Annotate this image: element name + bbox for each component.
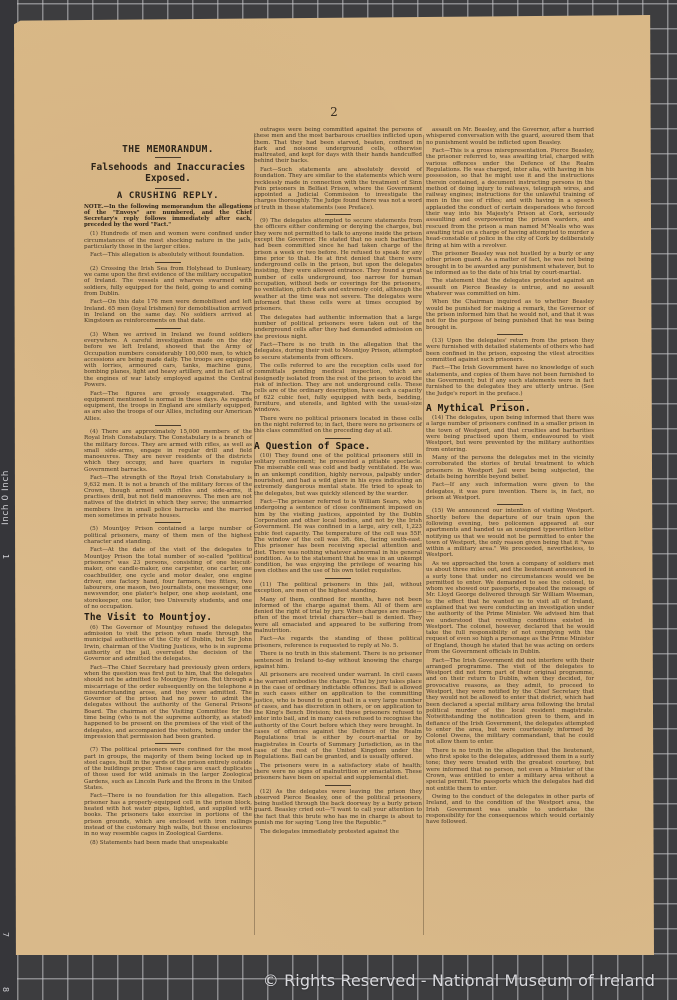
divider xyxy=(155,328,181,329)
allegation-paragraph: (10) They found one of the political pri… xyxy=(254,453,422,497)
allegation-paragraph: (13) Upon the delegates' return from the… xyxy=(426,338,594,363)
document-subtitle: Falsehoods and Inaccuracies Exposed. xyxy=(84,162,252,184)
fact-paragraph: Fact—This allegation is absolutely witho… xyxy=(84,252,252,258)
allegation-paragraph: (4) There are approximately 15,000 membe… xyxy=(84,429,252,473)
section-heading: A Mythical Prison. xyxy=(426,406,594,412)
allegation-paragraph: (8) Statements had been made that unspea… xyxy=(84,840,252,846)
allegation-paragraph: (9) The delegates attempted to secure st… xyxy=(254,218,422,312)
divider xyxy=(155,157,181,158)
divider xyxy=(155,743,181,744)
allegation-paragraph: (1) Hundreds of men and women were confi… xyxy=(84,231,252,250)
allegation-paragraph: Many of the persons the delegates met in… xyxy=(426,455,594,480)
allegation-paragraph: When the Chairman inquired as to whether… xyxy=(426,299,594,330)
column-1-body: (1) Hundreds of men and women were confi… xyxy=(84,231,252,846)
allegation-paragraph: outrages were being committed against th… xyxy=(254,127,422,165)
allegation-paragraph: (11) The political prisoners in this jai… xyxy=(254,582,422,595)
allegation-paragraph: The delegates immediately protested agai… xyxy=(254,829,422,835)
allegation-paragraph: (5) Mountjoy Prison contained a large nu… xyxy=(84,526,252,545)
fact-paragraph: Fact—If any such information were given … xyxy=(426,482,594,501)
divider xyxy=(497,400,523,401)
column-divider xyxy=(423,135,424,935)
allegation-paragraph: The prisoners were in a satisfactory sta… xyxy=(254,763,422,782)
allegation-paragraph: (12) As the delegates were leaving the p… xyxy=(254,789,422,827)
fact-paragraph: Fact—The prisoner referred to is William… xyxy=(254,499,422,575)
allegation-paragraph: Many of them, confined for months, have … xyxy=(254,597,422,635)
allegation-paragraph: There were no political prisoners locate… xyxy=(254,416,422,435)
divider xyxy=(155,425,181,426)
page-number: 2 xyxy=(14,105,654,119)
editorial-note: NOTE.—In the following memorandum the al… xyxy=(84,204,252,229)
divider xyxy=(325,438,351,439)
allegation-paragraph: As we approached the town a company of s… xyxy=(426,561,594,655)
column-1: THE MEMORANDUM. Falsehoods and Inaccurac… xyxy=(84,147,252,848)
divider xyxy=(155,188,181,189)
fact-paragraph: Fact—Such statements are absolutely devo… xyxy=(254,167,422,211)
fact-paragraph: Fact—The Irish Government did not interf… xyxy=(426,658,594,746)
ruler-number: 7 xyxy=(1,932,10,937)
allegation-paragraph: (6) The Governor of Mountjoy refused the… xyxy=(84,625,252,663)
allegation-paragraph: (7) The political prisoners were confine… xyxy=(84,747,252,791)
divider xyxy=(497,334,523,335)
column-3: assault on Mr. Beasley, and the Governor… xyxy=(426,127,594,828)
column-2: outrages were being committed against th… xyxy=(254,127,422,837)
document-title: THE MEMORANDUM. xyxy=(84,147,252,153)
fact-paragraph: Fact—This is a gross misrepresentation. … xyxy=(426,148,594,249)
allegation-paragraph: assault on Mr. Beasley, and the Governor… xyxy=(426,127,594,146)
column-2-body: outrages were being committed against th… xyxy=(254,127,422,835)
ruler-label: Inch 0 Inch xyxy=(1,470,15,525)
fact-paragraph: Fact—The Irish Government have no knowle… xyxy=(426,365,594,396)
allegation-paragraph: Owing to the conduct of the delegates in… xyxy=(426,794,594,825)
divider xyxy=(325,578,351,579)
ruler-number: 1 xyxy=(1,554,10,559)
allegation-paragraph: There is no truth in the allegation that… xyxy=(426,748,594,792)
document-page: 2 THE MEMORANDUM. Falsehoods and Inaccur… xyxy=(14,15,654,955)
allegation-paragraph: The prisoner Beasley was not hustled by … xyxy=(426,251,594,276)
divider xyxy=(155,262,181,263)
allegation-paragraph: All prisoners are received under warrant… xyxy=(254,672,422,760)
divider xyxy=(155,522,181,523)
fact-paragraph: Fact—As regards the standing of these po… xyxy=(254,636,422,649)
fact-paragraph: Fact—At the date of the visit of the del… xyxy=(84,547,252,610)
fact-paragraph: Fact—On this date 176 men were demobilis… xyxy=(84,299,252,324)
reply-heading: A CRUSHING REPLY. xyxy=(84,193,252,199)
column-3-body: assault on Mr. Beasley, and the Governor… xyxy=(426,127,594,826)
allegation-paragraph: (2) Crossing the Irish Sea from Holyhead… xyxy=(84,266,252,297)
divider xyxy=(497,504,523,505)
allegation-paragraph: (3) When we arrived in Ireland we found … xyxy=(84,332,252,389)
allegation-paragraph: The cells referred to are the reception … xyxy=(254,363,422,413)
divider xyxy=(325,214,351,215)
section-heading: A Question of Space. xyxy=(254,444,422,450)
divider xyxy=(325,785,351,786)
fact-paragraph: Fact—The figures are grossly exaggerated… xyxy=(84,391,252,422)
allegation-paragraph: (14) The delegates, upon being informed … xyxy=(426,415,594,453)
fact-paragraph: Fact—The strength of the Royal Irish Con… xyxy=(84,475,252,519)
copyright-watermark: © Rights Reserved - National Museum of I… xyxy=(0,971,655,990)
fact-paragraph: Fact—There is no foundation for this all… xyxy=(84,793,252,837)
allegation-paragraph: The delegates had authentic information … xyxy=(254,315,422,340)
allegation-paragraph: The statement that the delegates protest… xyxy=(426,278,594,297)
fact-paragraph: Fact—The Chief Secretary had previously … xyxy=(84,665,252,741)
fact-paragraph: Fact—There is no truth in the allegation… xyxy=(254,342,422,361)
allegation-paragraph: There is no truth in this statement. The… xyxy=(254,651,422,670)
allegation-paragraph: (15) We announced our intention of visit… xyxy=(426,508,594,558)
section-heading: The Visit to Mountjoy. xyxy=(84,615,252,621)
